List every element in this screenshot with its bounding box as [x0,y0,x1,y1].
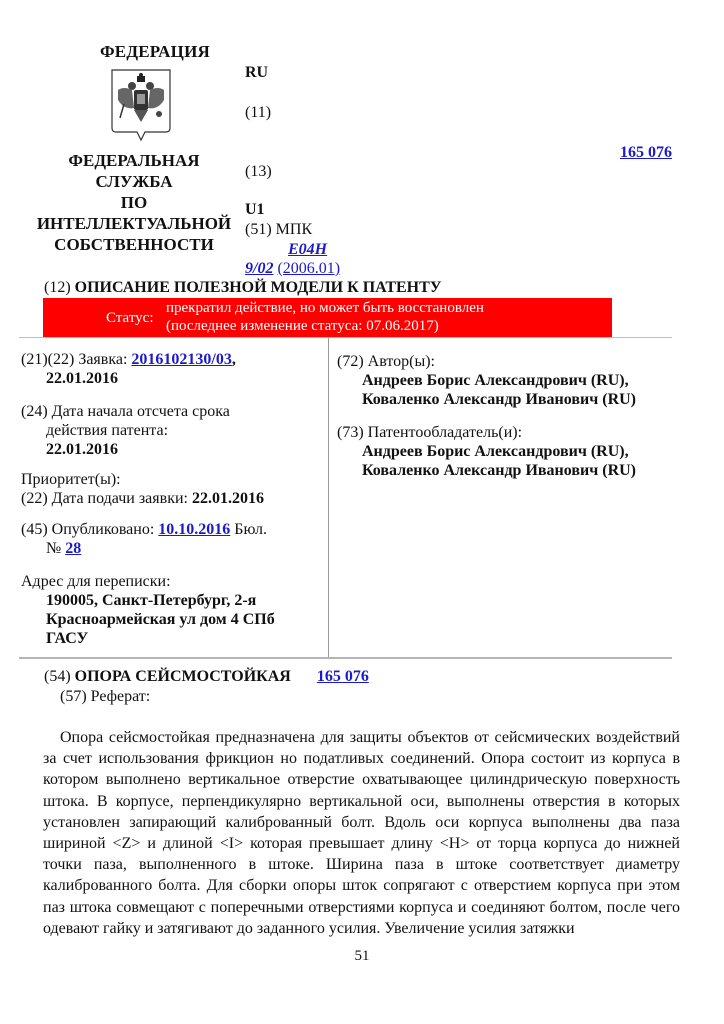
author-item: Андреев Борис Александрович (RU), [337,371,677,390]
federation-heading: ФЕДЕРАЦИЯ [80,42,230,62]
patent-number-link[interactable]: 165 076 [620,144,672,161]
term-start-field: (24) Дата начала отсчета срока действия … [21,402,321,459]
holders-field: (73) Патентообладатель(и): Андреев Борис… [337,423,677,480]
ipc-label: (51) МПК [245,221,312,239]
holder-item: Коваленко Александр Иванович (RU) [337,461,677,480]
kind-code: U1 [245,201,265,219]
code-11: (11) [245,104,271,122]
status-change-date: (последнее изменение статуса: 07.06.2017… [166,318,439,335]
status-label: Статус: [106,310,154,327]
published-date-link[interactable]: 10.10.2016 [158,521,230,538]
invention-number-link[interactable]: 165 076 [317,668,369,685]
filing-date: 22.01.2016 [192,490,264,507]
address-field: Адрес для переписки: 190005, Санкт-Петер… [21,572,321,648]
term-start-date: 22.01.2016 [21,440,321,459]
status-text: прекратил действие, но может быть восста… [166,300,484,317]
ipc-group: 9/02 (2006.01) [245,260,340,278]
bulletin-number-link[interactable]: 28 [65,540,81,557]
patent-number: 165 076 [620,144,672,162]
ipc-version-link[interactable]: (2006.01) [277,260,340,277]
ipc-class-link[interactable]: E04H [288,241,327,258]
page-number: 51 [0,948,724,965]
application-field: (21)(22) Заявка: 2016102130/03, 22.01.20… [21,350,321,388]
abstract-label: (57) Реферат: [60,688,150,706]
ipc-class: E04H [288,241,327,259]
application-number-link[interactable]: 2016102130/03 [131,351,231,368]
ipc-group-link[interactable]: 9/02 [245,260,273,277]
invention-title: (54) ОПОРА СЕЙСМОСТОЙКАЯ 165 076 [44,668,369,686]
authors-field: (72) Автор(ы): Андреев Борис Александров… [337,352,677,409]
author-item: Коваленко Александр Иванович (RU) [337,390,677,409]
country-code: RU [245,64,268,82]
code-13: (13) [245,163,272,181]
priority-field: Приоритет(ы): (22) Дата подачи заявки: 2… [21,470,321,508]
published-field: (45) Опубликовано: 10.10.2016 Бюл. № 28 [21,520,321,558]
divider-top [19,337,672,338]
application-date: 22.01.2016 [21,369,321,388]
holder-item: Андреев Борис Александрович (RU), [337,442,677,461]
agency-name: ФЕДЕРАЛЬНАЯ СЛУЖБА ПО ИНТЕЛЛЕКТУАЛЬНОЙ С… [4,150,264,255]
divider-bottom [19,657,672,659]
document-title: (12) ОПИСАНИЕ ПОЛЕЗНОЙ МОДЕЛИ К ПАТЕНТУ [44,279,442,297]
status-banner: Статус: прекратил действие, но может быт… [43,298,612,337]
russian-coat-of-arms-icon [110,68,172,144]
column-divider [328,338,329,657]
abstract-text: Опора сейсмостойкая предназначена для за… [43,727,680,939]
